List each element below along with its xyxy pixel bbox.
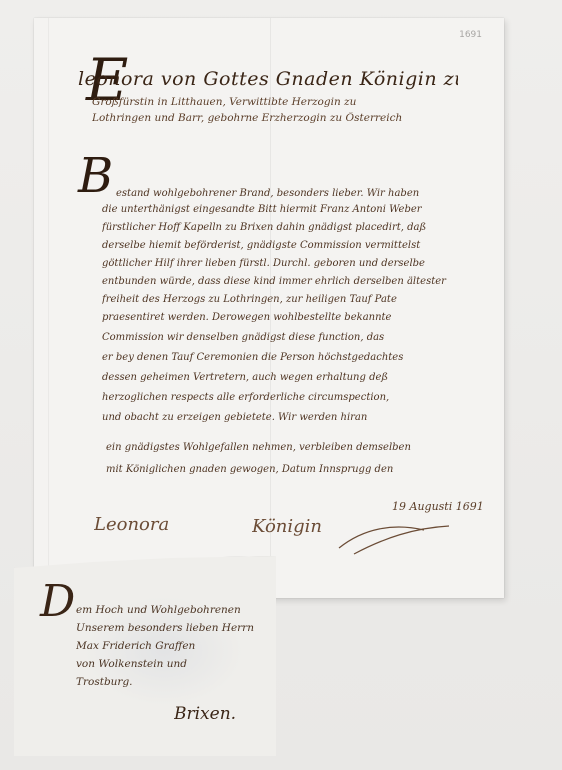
envelope: D em Hoch und Wohlgebohrenen Unserem bes… [14, 556, 276, 756]
body-line: dessen geheimen Vertretern, auch wegen e… [102, 372, 462, 384]
envelope-address-line: Trostburg. [76, 676, 266, 688]
margin-line [48, 18, 49, 598]
envelope-address-line: em Hoch und Wohlgebohrenen [76, 604, 266, 616]
body-line: mit Königlichen gnaden gewogen, Datum In… [106, 464, 466, 476]
body-line: entbunden würde, dass diese kind immer e… [102, 276, 462, 288]
letter-subtitle-2: Lothringen und Barr, gebohrne Erzherzogi… [92, 112, 462, 124]
decorative-initial-b: B [78, 148, 113, 204]
letter-subtitle-1: Großfürstin in Litthauen, Verwittibte He… [92, 96, 462, 108]
signature-koenigin: Königin [252, 516, 322, 537]
letter-title: leonora von Gottes Gnaden Königin zu Pos… [78, 68, 458, 90]
letter-sheet: 1691 E leonora von Gottes Gnaden Königin… [34, 18, 504, 598]
body-line: er bey denen Tauf Ceremonien die Person … [102, 352, 462, 364]
body-line: estand wohlgebohrener Brand, besonders l… [116, 188, 476, 200]
body-line: praesentiret werden. Derowegen wohlbeste… [102, 312, 462, 324]
signature-flourish-icon [334, 518, 454, 558]
body-line: herzoglichen respects alle erforderliche… [102, 392, 462, 404]
envelope-address-line: Unserem besonders lieben Herrn [76, 622, 266, 634]
body-line: Commission wir denselben gnädigst diese … [102, 332, 462, 344]
body-line: und obacht zu erzeigen gebietete. Wir we… [102, 412, 462, 424]
archive-number: 1691 [459, 30, 482, 40]
envelope-address-line: Max Friderich Graffen [76, 640, 266, 652]
body-line: derselbe hiemit beförderist, gnädigste C… [102, 240, 462, 252]
body-line: ein gnädigstes Wohlgefallen nehmen, verb… [106, 442, 466, 454]
signature-leonora: Leonora [94, 514, 169, 535]
envelope-address-line: von Wolkenstein und [76, 658, 266, 670]
envelope-initial-d: D [40, 576, 75, 627]
body-line: freiheit des Herzogs zu Lothringen, zur … [102, 294, 462, 306]
letter-date: 19 Augusti 1691 [392, 500, 484, 513]
body-line: die unterthänigst eingesandte Bitt hierm… [102, 204, 462, 216]
body-line: göttlicher Hilf ihrer lieben fürstl. Dur… [102, 258, 462, 270]
body-line: fürstlicher Hoff Kapelln zu Brixen dahin… [102, 222, 462, 234]
envelope-destination: Brixen. [174, 704, 236, 724]
